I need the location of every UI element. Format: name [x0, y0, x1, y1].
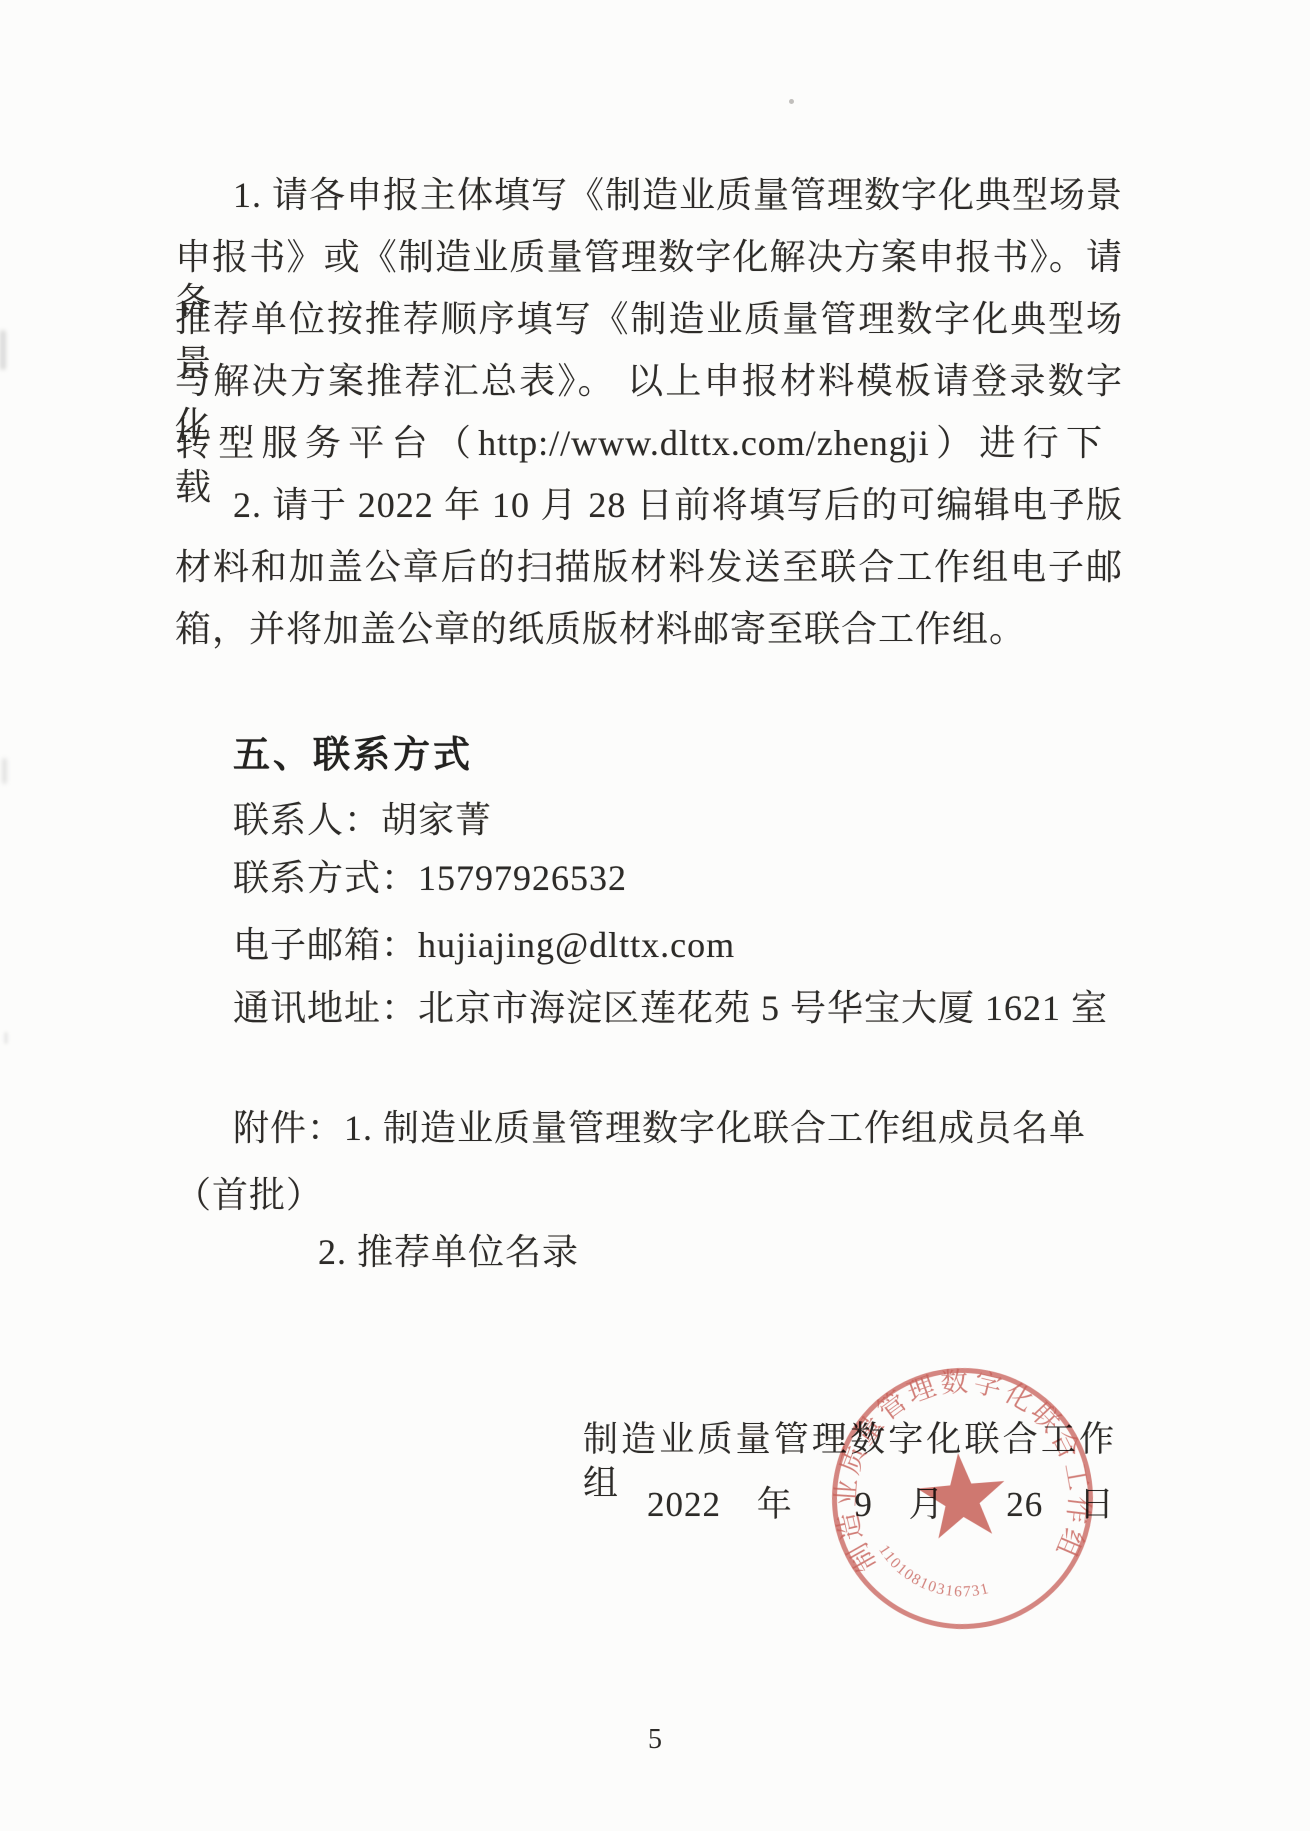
paragraph1-line1: 1. 请各申报主体填写《制造业质量管理数字化典型场景 — [233, 173, 1123, 217]
contact-phone-value: 15797926532 — [418, 858, 627, 898]
seal-star-icon — [915, 1449, 1009, 1540]
paragraph2-line3: 箱，并将加盖公章的纸质版材料邮寄至联合工作组。 — [175, 607, 1026, 651]
page-number: 5 — [0, 1723, 1310, 1757]
attachment-line1-continued: （首批） — [175, 1173, 323, 1217]
attachment-line1: 附件：1. 制造业质量管理数字化联合工作组成员名单 — [233, 1106, 1086, 1150]
seal-serial-number: 11010810316731 — [875, 1534, 992, 1609]
seal-svg: 制造业质量管理数字化联合工作组 11010810316731 — [808, 1344, 1117, 1653]
attachment-line2: 2. 推荐单位名录 — [318, 1230, 579, 1274]
scan-speck — [789, 99, 794, 104]
svg-text:11010810316731: 11010810316731 — [875, 1534, 992, 1609]
scan-artifact-left-edge — [2, 758, 7, 784]
contact-person-line: 联系人：胡家菁 — [233, 798, 492, 842]
scanned-document-page: 1. 请各申报主体填写《制造业质量管理数字化典型场景 申报书》或《制造业质量管理… — [0, 0, 1310, 1831]
contact-person-label: 联系人： — [233, 800, 381, 840]
contact-email-value: hujiajing@dlttx.com — [418, 925, 735, 965]
paragraph2-line1: 2. 请于 2022 年 10 月 28 日前将填写后的可编辑电子版 — [233, 483, 1123, 527]
scan-artifact-left-edge — [4, 1032, 8, 1044]
contact-phone-label: 联系方式： — [233, 858, 418, 898]
contact-email-label: 电子邮箱： — [233, 925, 418, 965]
contact-address-line: 通讯地址：北京市海淀区莲花苑 5 号华宝大厦 1621 室 — [233, 986, 1108, 1030]
paragraph2-line2: 材料和加盖公章后的扫描版材料发送至联合工作组电子邮 — [175, 545, 1123, 589]
attachment-item1: 1. 制造业质量管理数字化联合工作组成员名单 — [344, 1108, 1086, 1148]
contact-email-line: 电子邮箱：hujiajing@dlttx.com — [233, 923, 735, 967]
scan-artifact-left-edge — [0, 330, 6, 370]
contact-phone-line: 联系方式：15797926532 — [233, 856, 627, 900]
section-heading: 五、联系方式 — [233, 732, 473, 778]
contact-address-label: 通讯地址： — [233, 988, 418, 1028]
contact-address-value: 北京市海淀区莲花苑 5 号华宝大厦 1621 室 — [418, 988, 1108, 1028]
attachment-label: 附件： — [233, 1108, 344, 1148]
official-seal-stamp: 制造业质量管理数字化联合工作组 11010810316731 — [808, 1344, 1117, 1653]
contact-person-value: 胡家菁 — [381, 800, 492, 840]
